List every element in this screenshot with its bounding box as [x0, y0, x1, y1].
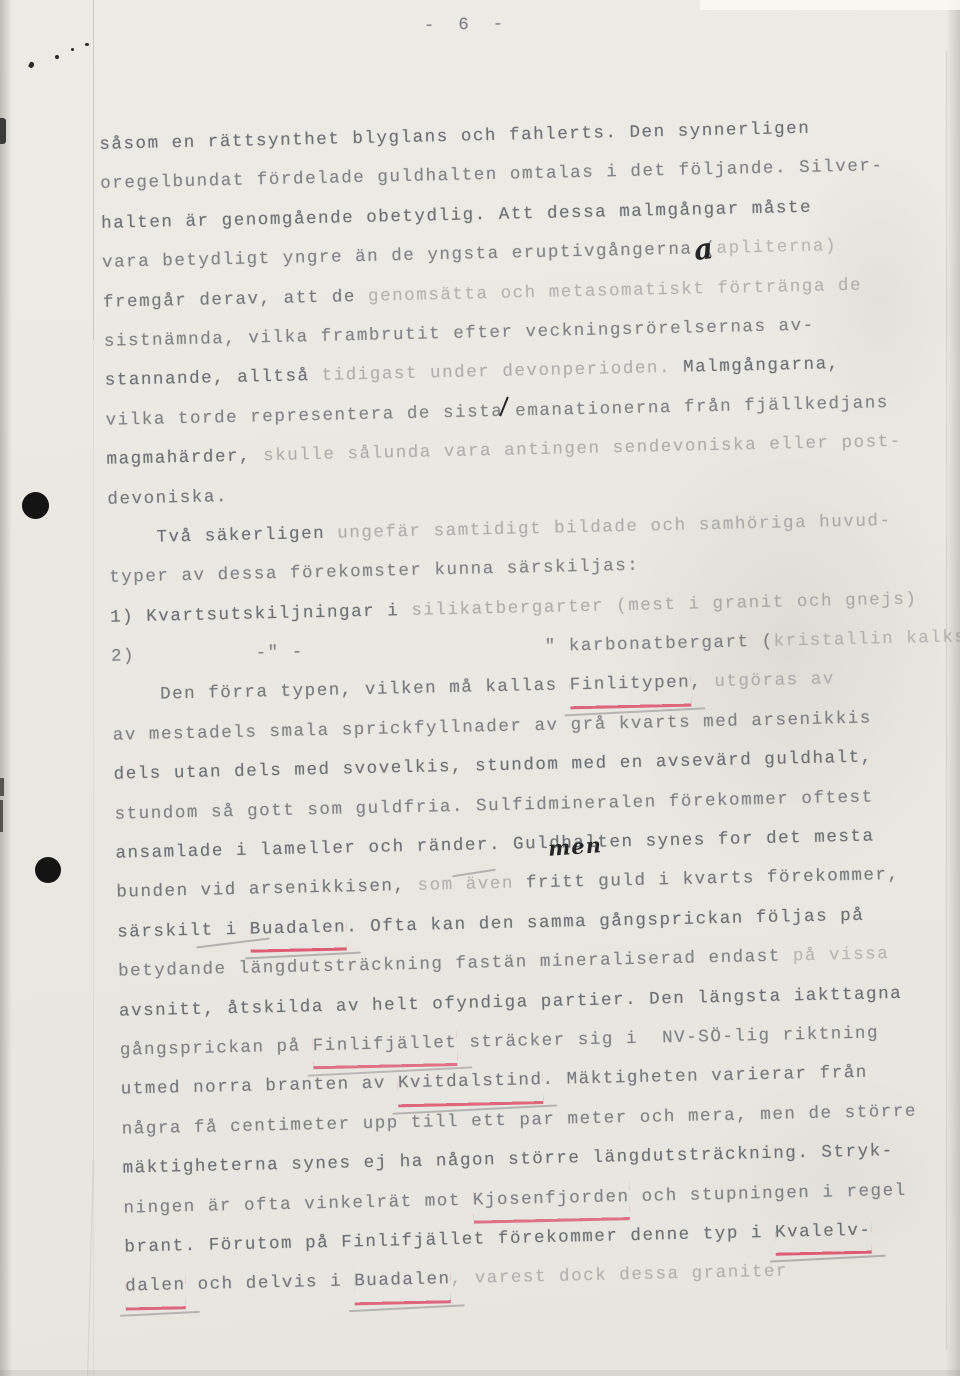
text-segment: apliterna) [716, 236, 837, 259]
text-segment: sistnämnda, vilka frambrutit efter veckn… [104, 316, 815, 352]
red-underlined-name: Kjosenfjorden [473, 1178, 631, 1221]
text-segment: bunden vid arsenikkisen, [116, 876, 418, 903]
text-segment: och delvis i [185, 1272, 354, 1296]
text-segment: silikatbergarter (mest i granit och gnej… [411, 589, 917, 620]
text-segment: skulle sålunda vara antingen sendevonisk… [263, 432, 902, 466]
text-segment: sträcker sig i NV-SÖ-lig riktning [457, 1023, 879, 1053]
text-segment: av mestadels smala sprickfyllnader av gr… [113, 708, 873, 745]
red-underlined-name: Kvitdalstind [398, 1061, 543, 1104]
red-underlined-name: Buadalen [354, 1261, 451, 1303]
text-segment: ungefär samtidigt bildade och samhöriga … [337, 511, 892, 544]
red-underlined-name: Kvalelv- [775, 1212, 872, 1254]
scanned-document-page: - 6 - såsom en rättsynthet blyglans och … [0, 0, 960, 1376]
text-segment: kristallin kalksten) [773, 626, 960, 651]
edge-ink-mark [0, 118, 6, 144]
ink-speck [85, 43, 89, 46]
ink-speck [55, 55, 59, 59]
text-segment: utmed norra branten av [121, 1074, 399, 1100]
text-segment: ningen är ofta vinkelrät mot [123, 1190, 473, 1218]
scan-edge-bottom [0, 1370, 960, 1376]
text-segment: devoniska. [107, 487, 228, 510]
text-segment: . Mäktigheten varierar från [542, 1063, 868, 1090]
text-segment: magmahärder, [106, 446, 263, 470]
text-segment: fremgår derav, att de [103, 286, 369, 312]
text-segment: Den förra typen, vilken må kallas [112, 676, 570, 706]
text-segment: 2) -" - " karbonatbergart ( [111, 632, 774, 667]
text-segment: ansamlade i lameller och ränder. Guldhal… [115, 826, 875, 863]
text-segment: som även [417, 874, 514, 896]
text-segment: halten är genomgående obetydlig. Att des… [101, 198, 812, 234]
text-segment: . Ofta kan den samma gångsprickan följas… [346, 906, 865, 938]
text-segment: gångsprickan på [120, 1036, 313, 1060]
handwritten-correction-a: a [692, 231, 715, 267]
text-segment: genomsätta och metasomatiskt förtränga d… [368, 275, 862, 306]
red-underlined-name: Finlifjället [312, 1024, 457, 1067]
text-segment: stundom så gott som guldfria. Sulfidmine… [114, 787, 874, 824]
handwritten-word-men: men [547, 832, 602, 861]
text-segment: på vissa [793, 944, 890, 966]
ink-blob-mark [35, 857, 61, 883]
red-underlined-name: dalen [125, 1267, 186, 1308]
text-segment: såsom en rättsynthet blyglans och fahler… [99, 119, 810, 155]
text-segment: dels utan dels med svovelkis, stundom me… [113, 748, 873, 785]
text-segment: typer av dessa förekomster kunna särskil… [109, 556, 640, 588]
edge-ink-mark [0, 800, 3, 832]
text-segment: , [690, 673, 715, 694]
ink-speck [71, 48, 74, 51]
text-segment: mäktigheterna synes ej ha någon större l… [122, 1141, 894, 1178]
text-segment: särskilt i [117, 919, 250, 942]
ink-blob-mark [22, 492, 49, 519]
typewritten-text: såsom en rättsynthet blyglans och fahler… [0, 0, 960, 1310]
text-segment: brant. Förutom på Finlifjället förekomme… [124, 1223, 775, 1258]
text-segment: och stupningen i regel [629, 1180, 907, 1206]
text-segment: Två säkerligen [108, 523, 337, 548]
text-segment: stannande, alltså [105, 366, 322, 391]
text-segment: , varest dock dessa graniter [450, 1262, 788, 1290]
text-segment: betydande längdutsträckning fastän miner… [118, 947, 793, 982]
text-segment: tidigast under devonperioden. [321, 358, 683, 386]
red-underlined-name: Buadalen [249, 908, 346, 950]
text-segment: 1) Kvartsutskiljningar i [110, 601, 412, 628]
text-segment: vara betydligt yngre än de yngsta erupti… [102, 239, 717, 273]
text-segment: fritt guld i kvarts förekommer, [514, 865, 900, 894]
text-segment: utgöras av [714, 670, 835, 693]
text-segment: Malmgångarna, [683, 354, 840, 378]
edge-ink-mark [0, 778, 4, 796]
red-underlined-name: Finlitypen [569, 664, 690, 706]
